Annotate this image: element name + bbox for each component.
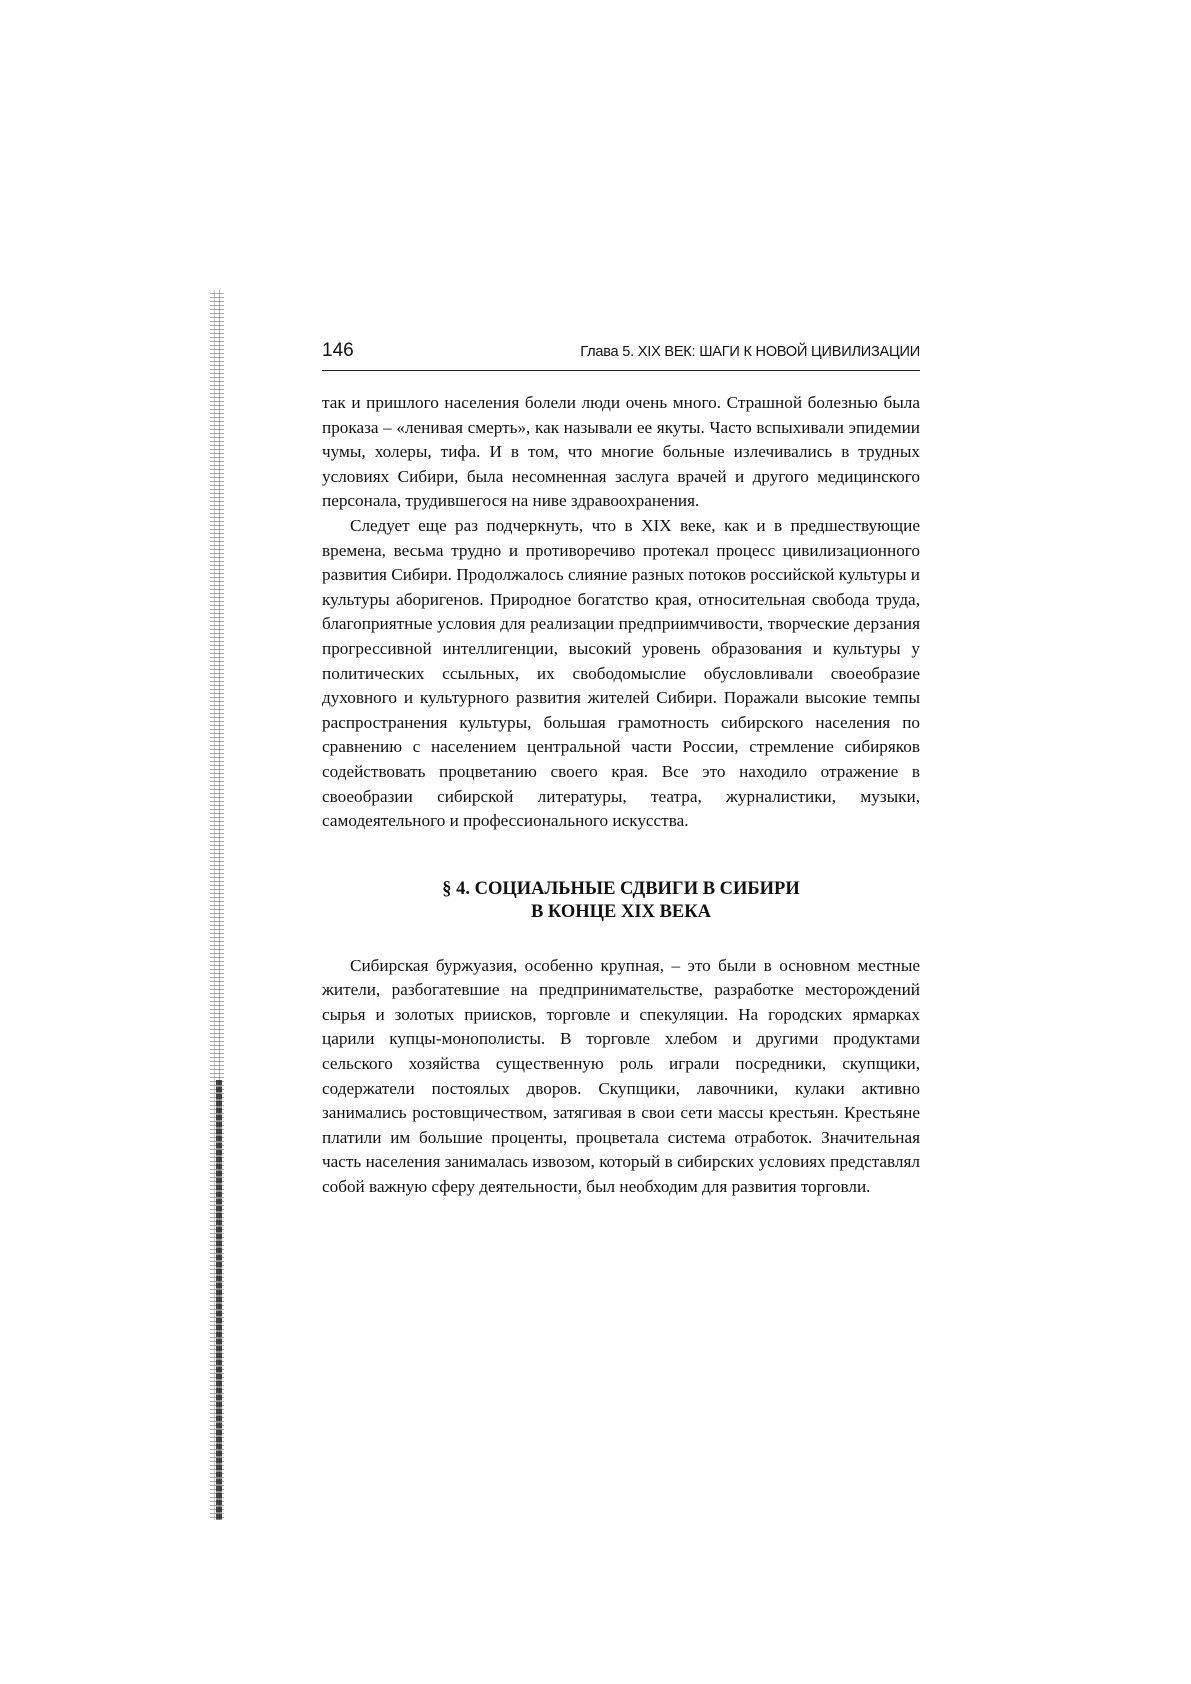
running-head: 146 Глава 5. XIX ВЕК: ШАГИ К НОВОЙ ЦИВИЛ… [322, 340, 920, 371]
book-page: 146 Глава 5. XIX ВЕК: ШАГИ К НОВОЙ ЦИВИЛ… [322, 340, 920, 1200]
body-text-before-section: так и пришлого населения болели люди оче… [322, 391, 920, 834]
paragraph: Следует еще раз подчеркнуть, что в XIX в… [322, 514, 920, 834]
paragraph: Сибирская буржуазия, особенно крупная, –… [322, 954, 920, 1200]
page-number: 146 [322, 340, 354, 362]
section-heading: § 4. СОЦИАЛЬНЫЕ СДВИГИ В СИБИРИ В КОНЦЕ … [322, 878, 920, 924]
chapter-title: Глава 5. XIX ВЕК: ШАГИ К НОВОЙ ЦИВИЛИЗАЦ… [580, 344, 920, 360]
section-heading-line-1: § 4. СОЦИАЛЬНЫЕ СДВИГИ В СИБИРИ [322, 878, 920, 901]
paragraph: так и пришлого населения болели люди оче… [322, 391, 920, 514]
section-heading-line-2: В КОНЦЕ XIX ВЕКА [322, 901, 920, 924]
body-text-after-section: Сибирская буржуазия, особенно крупная, –… [322, 954, 920, 1200]
scanned-book-spine-shadow [216, 1080, 222, 1520]
